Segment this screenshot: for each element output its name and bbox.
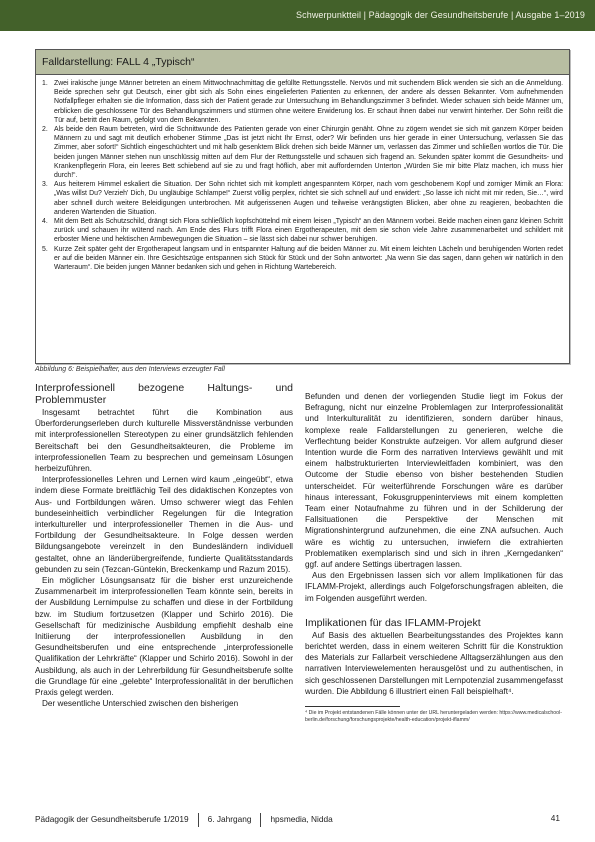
case-item-text: Als beide den Raum betreten, wird die Sc…	[54, 126, 563, 179]
case-item-text: Mit dem Bett als Schutzschild, drängt si…	[54, 218, 563, 243]
case-list: 1.Zwei irakische junge Männer betreten a…	[36, 75, 569, 272]
figure-caption: Abbildung 6: Beispielhafter, aus den Int…	[35, 366, 225, 373]
case-item: 5.Kurze Zeit später geht der Ergotherape…	[42, 245, 563, 273]
footnote-divider	[305, 706, 400, 707]
case-item: 4.Mit dem Bett als Schutzschild, drängt …	[42, 217, 563, 245]
paragraph: Aus den Ergebnissen lassen sich vor alle…	[305, 570, 563, 604]
case-box: Falldarstellung: FALL 4 „Typisch“ 1.Zwei…	[35, 49, 570, 364]
footnote: ⁴ Die im Projekt entstandenen Fälle könn…	[305, 710, 563, 724]
running-title: Schwerpunktteil | Pädagogik der Gesundhe…	[296, 10, 585, 20]
section-heading: Implikationen für das IFLAMM-Projekt	[305, 617, 563, 629]
case-item-number: 5.	[42, 245, 48, 254]
footer-divider	[198, 813, 199, 827]
paragraph: Befunden und denen der vorliegenden Stud…	[305, 391, 563, 570]
page-number: 41	[551, 813, 560, 823]
case-item: 3.Aus heiterem Himmel eskaliert die Situ…	[42, 180, 563, 217]
case-item-text: Zwei irakische junge Männer betreten an …	[54, 80, 563, 124]
case-item-number: 3.	[42, 180, 48, 189]
case-item: 2.Als beide den Raum betreten, wird die …	[42, 125, 563, 180]
left-column: Interprofessionell bezogene Haltungs- un…	[35, 382, 293, 709]
footer-volume: 6. Jahrgang	[208, 814, 252, 824]
footer-divider	[260, 813, 261, 827]
section-heading: Interprofessionell bezogene Haltungs- un…	[35, 382, 293, 406]
paragraph: Ein möglicher Lösungsansatz für die bish…	[35, 575, 293, 698]
paragraph: Interprofessionelles Lehren und Lernen w…	[35, 474, 293, 575]
page-footer: Pädagogik der Gesundheitsberufe 1/20196.…	[35, 813, 560, 827]
case-item-number: 2.	[42, 125, 48, 134]
footer-publisher: hpsmedia, Nidda	[270, 814, 332, 824]
paragraph: Auf Basis des aktuellen Bearbeitungsstan…	[305, 630, 563, 697]
case-item-text: Aus heiterem Himmel eskaliert die Situat…	[54, 181, 563, 216]
right-column: Befunden und denen der vorliegenden Stud…	[305, 391, 563, 724]
case-box-title: Falldarstellung: FALL 4 „Typisch“	[36, 50, 569, 75]
footer-journal: Pädagogik der Gesundheitsberufe 1/2019	[35, 814, 189, 824]
paragraph: Der wesentliche Unterschied zwischen den…	[35, 698, 293, 709]
case-item-number: 1.	[42, 79, 48, 88]
paragraph: Insgesamt betrachtet führt die Kombinati…	[35, 407, 293, 474]
case-item-text: Kurze Zeit später geht der Ergotherapeut…	[54, 246, 563, 271]
header-bar: Schwerpunktteil | Pädagogik der Gesundhe…	[0, 0, 595, 31]
case-item-number: 4.	[42, 217, 48, 226]
case-item: 1.Zwei irakische junge Männer betreten a…	[42, 79, 563, 125]
